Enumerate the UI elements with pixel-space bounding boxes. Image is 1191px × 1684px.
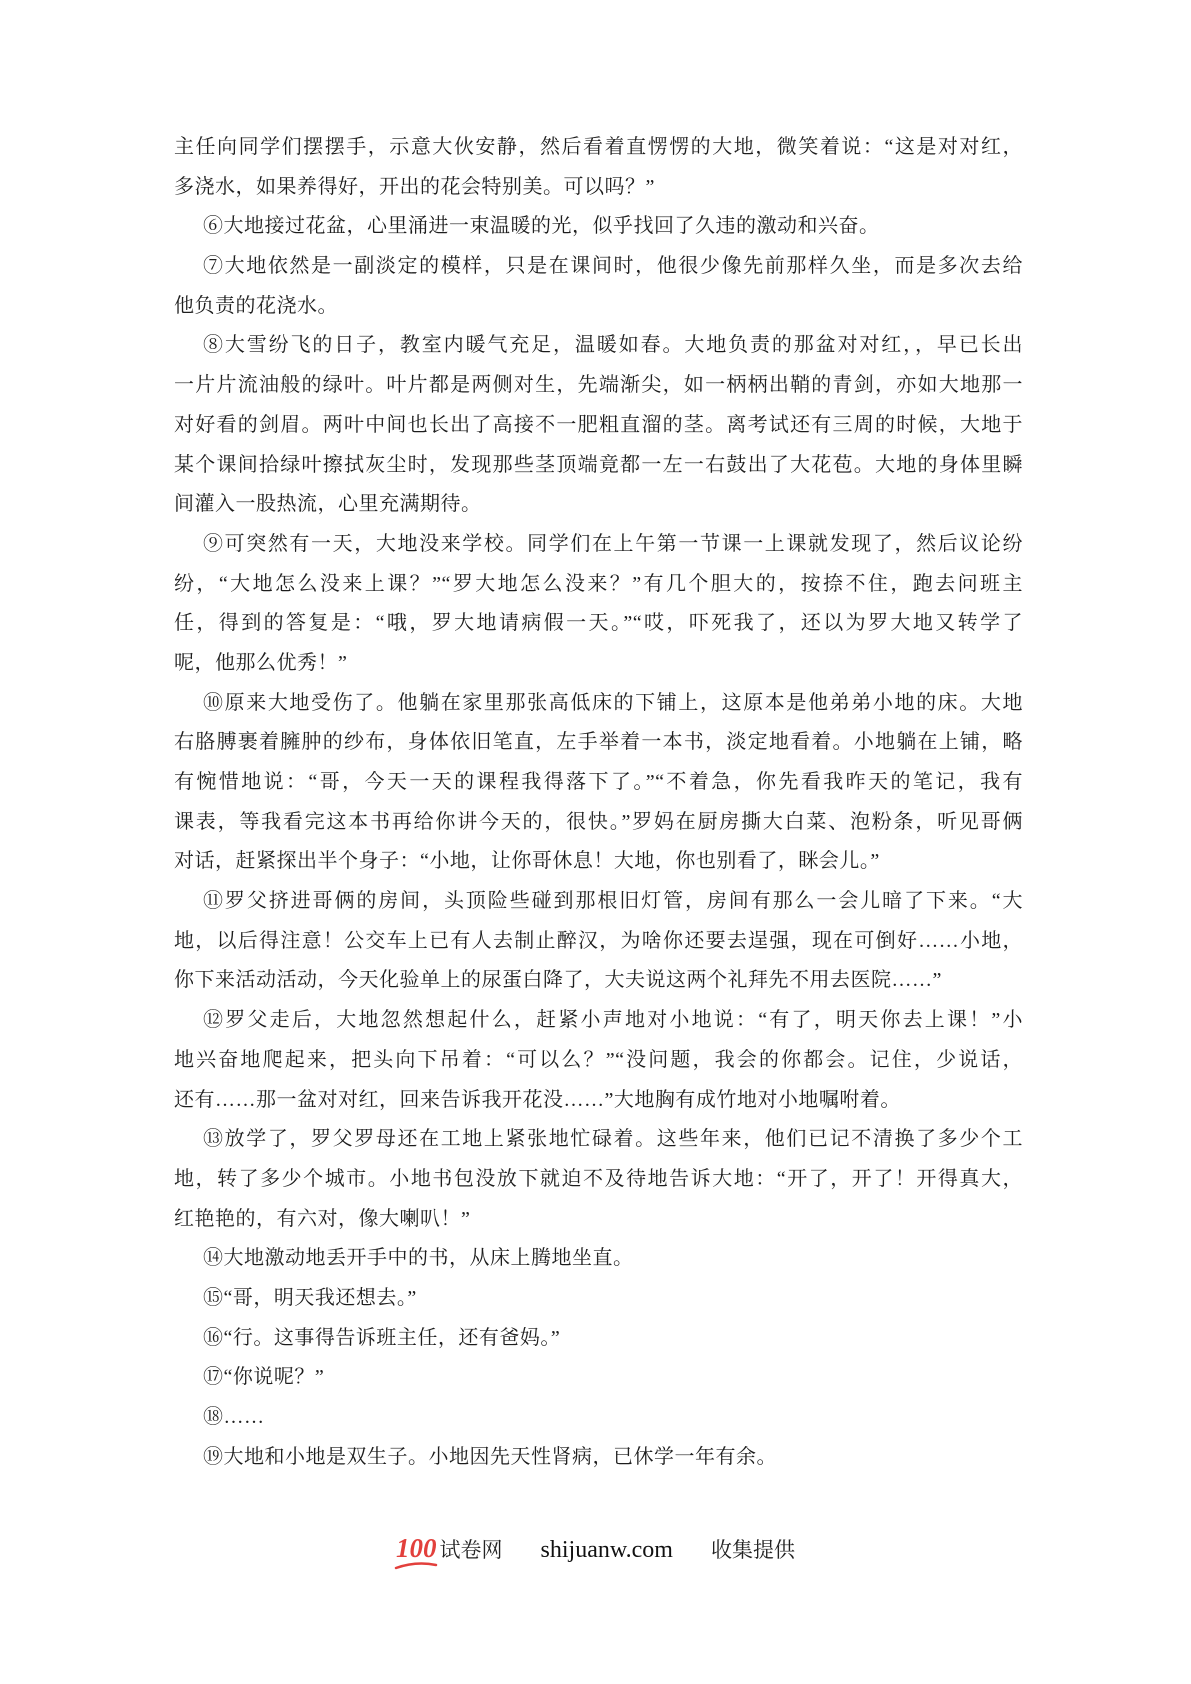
passage-line: ⑨可突然有一天，大地没来学校。同学们在上午第一节课一上课就发现了，然后议论纷 xyxy=(174,525,1023,565)
passage-line: ⑬放学了，罗父罗母还在工地上紧张地忙碌着。这些年来，他们已记不清换了多少个工 xyxy=(174,1120,1023,1160)
passage-line: 红艳艳的，有六对，像大喇叭！” xyxy=(174,1200,1023,1240)
passage-line: ⑫罗父走后，大地忽然想起什么，赶紧小声地对小地说：“有了，明天你去上课！”小 xyxy=(174,1001,1023,1041)
passage-line: ⑧大雪纷飞的日子，教室内暖气充足，温暖如春。大地负责的那盆对对红，，早已长出 xyxy=(174,326,1023,366)
passage-line: ⑭大地激动地丢开手中的书，从床上腾地坐直。 xyxy=(174,1239,1023,1279)
passage-line: 课表，等我看完这本书再给你讲今天的，很快。”罗妈在厨房撕大白菜、泡粉条，听见哥俩 xyxy=(174,803,1023,843)
logo-swoosh-icon xyxy=(394,1560,438,1570)
passage-line: 他负责的花浇水。 xyxy=(174,287,1023,327)
site-domain: shijuanw.com xyxy=(541,1537,673,1564)
page-footer: 100 试卷网 shijuanw.com 收集提供 xyxy=(0,1534,1191,1564)
passage-line: ⑥大地接过花盆，心里涌进一束温暖的光，似乎找回了久违的激动和兴奋。 xyxy=(174,207,1023,247)
passage-line: ⑩原来大地受伤了。他躺在家里那张高低床的下铺上，这原本是他弟弟小地的床。大地 xyxy=(174,684,1023,724)
passage-line: 对好看的剑眉。两叶中间也长出了高接不一肥粗直溜的茎。离考试还有三周的时候，大地于 xyxy=(174,406,1023,446)
passage-line: ⑮“哥，明天我还想去。” xyxy=(174,1279,1023,1319)
passage-line: 主任向同学们摆摆手，示意大伙安静，然后看着直愣愣的大地，微笑着说：“这是对对红， xyxy=(174,128,1023,168)
passage-line: 呢，他那么优秀！” xyxy=(174,644,1023,684)
passage-line: 纷，“大地怎么没来上课？”“罗大地怎么没来？”有几个胆大的，按捺不住，跑去问班主 xyxy=(174,565,1023,605)
passage-line: 任，得到的答复是：“哦，罗大地请病假一天。”“哎，吓死我了，还以为罗大地又转学了 xyxy=(174,604,1023,644)
passage-line: 地，转了多少个城市。小地书包没放下就迫不及待地告诉大地：“开了，开了！开得真大， xyxy=(174,1160,1023,1200)
passage-line: ⑰“你说呢？” xyxy=(174,1358,1023,1398)
passage-line: 有惋惜地说：“哥，今天一天的课程我得落下了。”“不着急，你先看我昨天的笔记，我有 xyxy=(174,763,1023,803)
document-page: 主任向同学们摆摆手，示意大伙安静，然后看着直愣愣的大地，微笑着说：“这是对对红，… xyxy=(0,0,1191,1684)
passage-line: ⑦大地依然是一副淡定的模样，只是在课间时，他很少像先前那样久坐，而是多次去给 xyxy=(174,247,1023,287)
passage-line: 某个课间拾绿叶擦拭灰尘时，发现那些茎顶端竟都一左一右鼓出了大花苞。大地的身体里瞬 xyxy=(174,446,1023,486)
reading-passage: 主任向同学们摆摆手，示意大伙安静，然后看着直愣愣的大地，微笑着说：“这是对对红，… xyxy=(174,128,1023,1477)
passage-line: 地兴奋地爬起来，把头向下吊着：“可以么？”“没问题，我会的你都会。记住，少说话， xyxy=(174,1041,1023,1081)
site-logo: 100 试卷网 xyxy=(396,1534,503,1564)
passage-line: ⑲大地和小地是双生子。小地因先天性肾病，已休学一年有余。 xyxy=(174,1438,1023,1478)
footer-note: 收集提供 xyxy=(711,1534,795,1564)
passage-line: 右胳膊裹着臃肿的纱布，身体依旧笔直，左手举着一本书，淡定地看着。小地躺在上铺，略 xyxy=(174,723,1023,763)
passage-line: 对话，赶紧探出半个身子：“小地，让你哥休息！大地，你也别看了，眯会儿。” xyxy=(174,842,1023,882)
logo-number: 100 xyxy=(396,1533,437,1563)
logo-100-text: 100 xyxy=(396,1535,440,1562)
passage-line: 一片片流油般的绿叶。叶片都是两侧对生，先端渐尖，如一柄柄出鞘的青剑，亦如大地那一 xyxy=(174,366,1023,406)
passage-line: 多浇水，如果养得好，开出的花会特别美。可以吗？” xyxy=(174,168,1023,208)
passage-line: 还有……那一盆对对红，回来告诉我开花没……”大地胸有成竹地对小地嘱咐着。 xyxy=(174,1081,1023,1121)
passage-line: 你下来活动活动，今天化验单上的尿蛋白降了，大夫说这两个礼拜先不用去医院……” xyxy=(174,961,1023,1001)
passage-line: 地，以后得注意！公交车上已有人去制止醉汉，为啥你还要去逞强，现在可倒好……小地， xyxy=(174,922,1023,962)
logo-site-name: 试卷网 xyxy=(440,1534,503,1564)
passage-line: 间灌入一股热流，心里充满期待。 xyxy=(174,485,1023,525)
passage-line: ⑪罗父挤进哥俩的房间，头顶险些碰到那根旧灯管，房间有那么一会儿暗了下来。“大 xyxy=(174,882,1023,922)
passage-line: ⑱…… xyxy=(174,1398,1023,1438)
passage-line: ⑯“行。这事得告诉班主任，还有爸妈。” xyxy=(174,1319,1023,1359)
